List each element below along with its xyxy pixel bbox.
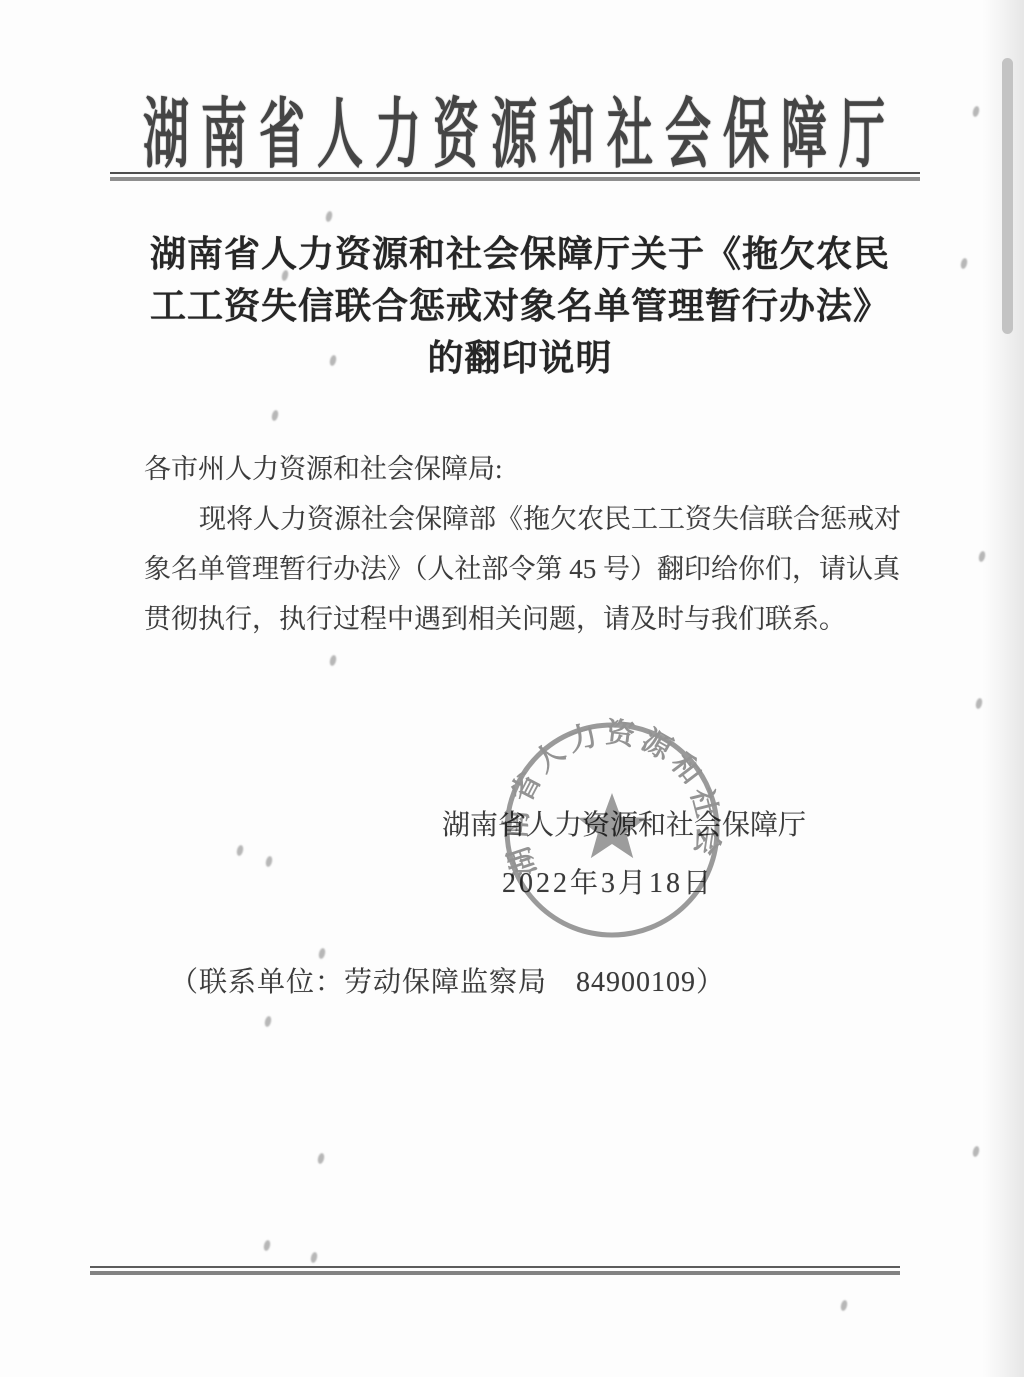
scan-smudge: [236, 844, 244, 856]
document-title-line-1: 湖南省人力资源和社会保障厅关于《拖欠农民: [18, 228, 1022, 280]
seal-star-icon: [578, 793, 646, 858]
scan-smudge: [317, 1152, 325, 1164]
scan-smudge: [263, 1239, 271, 1251]
document-title-line-2: 工工资失信联合惩戒对象名单管理暂行办法》: [18, 280, 1022, 332]
contact-info: （联系单位：劳动保障监察局 84900109）: [170, 960, 725, 1000]
document-title-line-3: 的翻印说明: [18, 332, 1022, 384]
official-seal: 湖南省人力资源和社会保障厅: [497, 715, 727, 945]
document-title: 湖南省人力资源和社会保障厅关于《拖欠农民 工工资失信联合惩戒对象名单管理暂行办法…: [18, 228, 1022, 384]
scanned-document-page: 湖南省人力资源和社会保障厅 湖南省人力资源和社会保障厅关于《拖欠农民 工工资失信…: [0, 0, 1024, 1377]
official-seal-graphic: 湖南省人力资源和社会保障厅: [497, 715, 727, 945]
scan-smudge: [264, 1015, 272, 1027]
scan-smudge: [310, 1251, 318, 1263]
paragraph-line: 贯彻执行，执行过程中遇到相关问题，请及时与我们联系。: [144, 594, 904, 644]
scan-smudge: [840, 1299, 848, 1311]
paragraph-line: 象名单管理暂行办法》（人社部令第 45 号）翻印给你们，请认真: [144, 544, 904, 594]
scan-smudge: [318, 947, 326, 959]
scan-smudge: [972, 1145, 980, 1157]
scan-smudge: [271, 409, 279, 421]
footer-rule: [90, 1266, 900, 1275]
document-body: 各市州人力资源和社会保障局: 现将人力资源社会保障部《拖欠农民工工资失信联合惩戒…: [144, 444, 904, 644]
masthead-divider-rule: [110, 172, 920, 181]
masthead-agency-name: 湖南省人力资源和社会保障厅: [18, 74, 1022, 184]
scan-smudge: [325, 210, 333, 222]
scan-smudge: [265, 855, 273, 867]
salutation-line: 各市州人力资源和社会保障局:: [144, 444, 904, 494]
scan-smudge: [329, 654, 337, 666]
paragraph-line: 现将人力资源社会保障部《拖欠农民工工资失信联合惩戒对: [144, 494, 904, 544]
